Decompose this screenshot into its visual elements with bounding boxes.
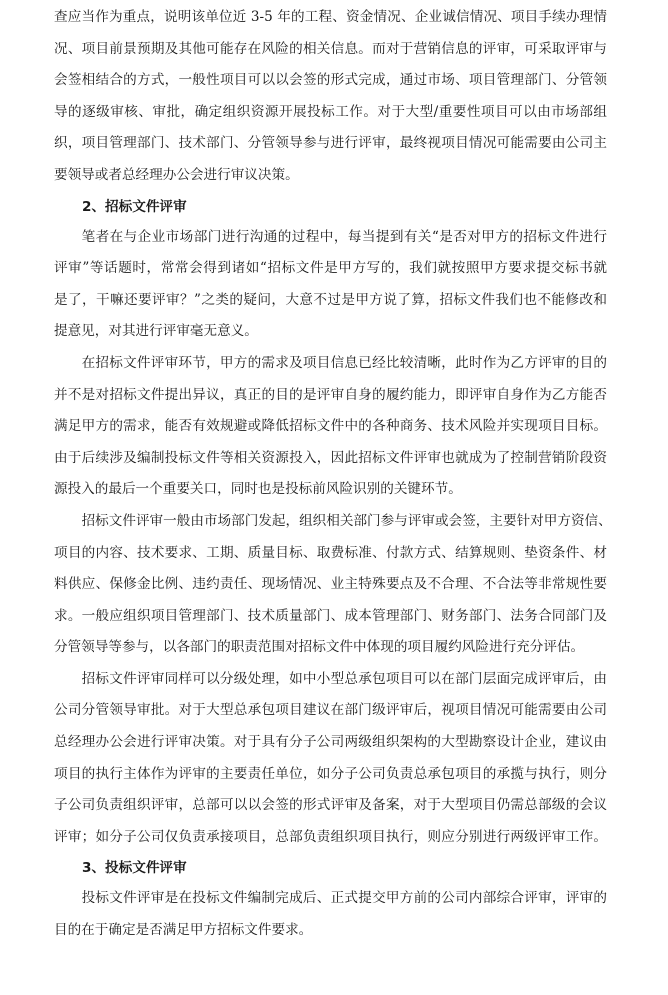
text-line: 料供应、保修金比例、违约责任、现场情况、业主特殊要点及不合理、不合法等非常规性要 bbox=[54, 569, 607, 601]
text-line: 会签相结合的方式，一般性项目可以以会签的形式完成，通过市场、项目管理部门、分管领 bbox=[54, 65, 607, 97]
text-line: 查应当作为重点，说明该单位近 3-5 年的工程、资金情况、企业诚信情况、项目手续… bbox=[54, 2, 607, 34]
text-line: 并不是对招标文件提出异议，真正的目的是评审自身的履约能力，即评审自身作为乙方能否 bbox=[54, 380, 607, 412]
text-line: 笔者在与企业市场部门进行沟通的过程中，每当提到有关“是否对甲方的招标文件进行 bbox=[54, 222, 607, 254]
text-line: 子公司负责组织评审，总部可以以会签的形式评审及备案，对于大型项目仍需总部级的会议 bbox=[54, 790, 607, 822]
text-line: 评审；如分子公司仅负责承接项目，总部负责组织项目执行，则应分别进行两级评审工作。 bbox=[54, 822, 607, 854]
document-page: 查应当作为重点，说明该单位近 3-5 年的工程、资金情况、企业诚信情况、项目手续… bbox=[54, 2, 607, 947]
text-line: 满足甲方的需求，能否有效规避或降低招标文件中的各种商务、技术风险并实现项目目标。 bbox=[54, 411, 607, 443]
text-line: 招标文件评审同样可以分级处理，如中小型总承包项目可以在部门层面完成评审后，由 bbox=[54, 664, 607, 696]
text-line: 项目的执行主体作为评审的主要责任单位，如分子公司负责总承包项目的承揽与执行，则分 bbox=[54, 759, 607, 791]
section-heading-bid-document-review: 3、投标文件评审 bbox=[54, 853, 607, 883]
text-line: 目的在于确定是否满足甲方招标文件要求。 bbox=[54, 915, 607, 947]
paragraph-marketing-review: 查应当作为重点，说明该单位近 3-5 年的工程、资金情况、企业诚信情况、项目手续… bbox=[54, 2, 607, 192]
text-line: 提意见，对其进行评审毫无意义。 bbox=[54, 316, 607, 348]
text-line: 公司分管领导审批。对于大型总承包项目建议在部门级评审后，视项目情况可能需要由公司 bbox=[54, 695, 607, 727]
section-heading-tender-document-review: 2、招标文件评审 bbox=[54, 192, 607, 222]
paragraph-bid-review-definition: 投标文件评审是在投标文件编制完成后、正式提交甲方前的公司内部综合评审，评审的 目… bbox=[54, 883, 607, 946]
text-line: 源投入的最后一个重要关口，同时也是投标前风险识别的关键环节。 bbox=[54, 474, 607, 506]
text-line: 招标文件评审一般由市场部门发起，组织相关部门参与评审或会签，主要针对甲方资信、 bbox=[54, 506, 607, 538]
text-line: 要领导或者总经理办公会进行审议决策。 bbox=[54, 160, 607, 192]
paragraph-review-scope: 招标文件评审一般由市场部门发起，组织相关部门参与评审或会签，主要针对甲方资信、 … bbox=[54, 506, 607, 664]
text-line: 项目的内容、技术要求、工期、质量目标、取费标准、付款方式、结算规则、垫资条件、材 bbox=[54, 538, 607, 570]
text-line: 求。一般应组织项目管理部门、技术质量部门、成本管理部门、财务部门、法务合同部门及 bbox=[54, 601, 607, 633]
paragraph-tiered-review: 招标文件评审同样可以分级处理，如中小型总承包项目可以在部门层面完成评审后，由 公… bbox=[54, 664, 607, 854]
text-line: 总经理办公会进行评审决策。对于具有分子公司两级组织架构的大型勘察设计企业，建议由 bbox=[54, 727, 607, 759]
text-line: 是了，干嘛还要评审？”之类的疑问，大意不过是甲方说了算，招标文件我们也不能修改和 bbox=[54, 285, 607, 317]
text-line: 况、项目前景预期及其他可能存在风险的相关信息。而对于营销信息的评审，可采取评审与 bbox=[54, 34, 607, 66]
paragraph-author-communication: 笔者在与企业市场部门进行沟通的过程中，每当提到有关“是否对甲方的招标文件进行 评… bbox=[54, 222, 607, 348]
text-line: 投标文件评审是在投标文件编制完成后、正式提交甲方前的公司内部综合评审，评审的 bbox=[54, 883, 607, 915]
text-line: 导的逐级审核、审批，确定组织资源开展投标工作。对于大型/重要性项目可以由市场部组 bbox=[54, 97, 607, 129]
text-line: 分管领导等参与，以各部门的职责范围对招标文件中体现的项目履约风险进行充分评估。 bbox=[54, 632, 607, 664]
paragraph-review-purpose: 在招标文件评审环节，甲方的需求及项目信息已经比较清晰，此时作为乙方评审的目的 并… bbox=[54, 348, 607, 506]
text-line: 评审”等话题时，常常会得到诸如“招标文件是甲方写的，我们就按照甲方要求提交标书就 bbox=[54, 253, 607, 285]
text-line: 在招标文件评审环节，甲方的需求及项目信息已经比较清晰，此时作为乙方评审的目的 bbox=[54, 348, 607, 380]
text-line: 由于后续涉及编制投标文件等相关资源投入，因此招标文件评审也就成为了控制营销阶段资 bbox=[54, 443, 607, 475]
text-line: 织，项目管理部门、技术部门、分管领导参与进行评审，最终视项目情况可能需要由公司主 bbox=[54, 128, 607, 160]
